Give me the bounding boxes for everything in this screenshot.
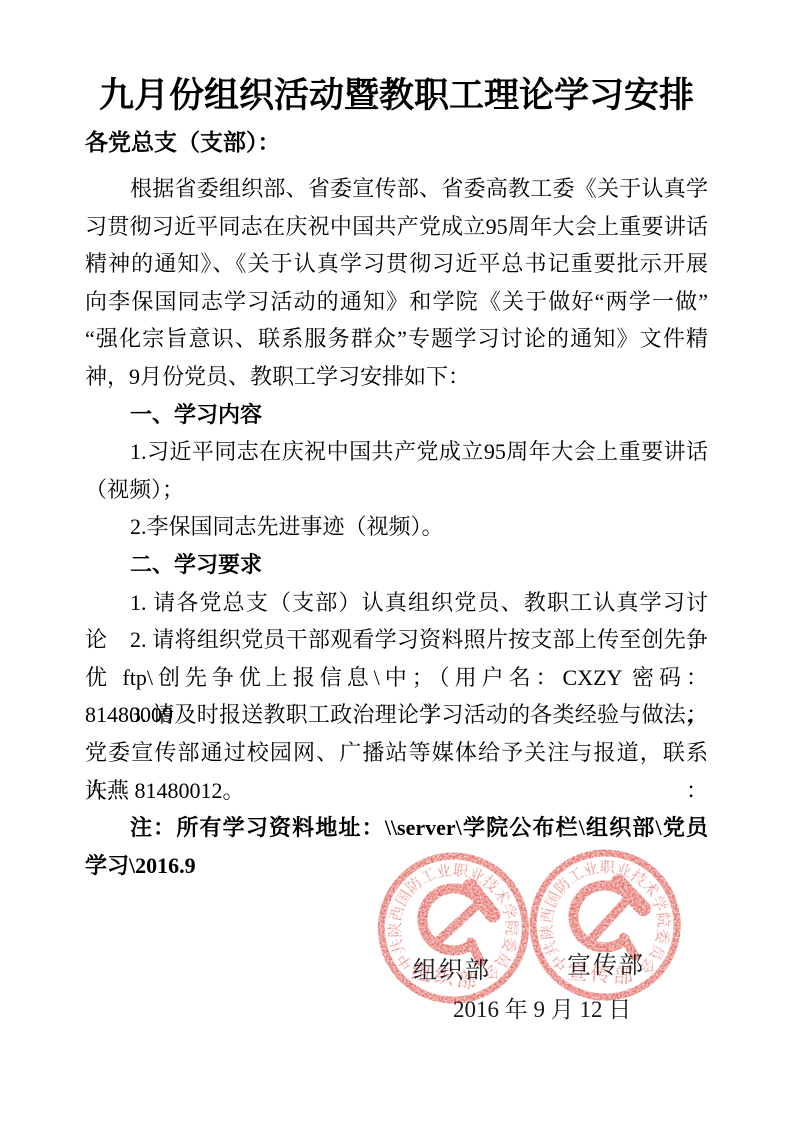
body-line: “强化宗旨意识、联系服务群众”专题学习讨论的通知》文件精	[85, 320, 708, 358]
body-line: 2.李保国同志先进事迹（视频）。	[85, 508, 708, 546]
hammer-sickle-icon	[571, 879, 645, 957]
body-line: 二、学习要求	[85, 546, 708, 584]
body-line: 精神的通知》、《关于认真学习贯彻习近平总书记重要批示开展	[85, 245, 708, 283]
hammer-sickle-icon	[417, 880, 497, 963]
body-line: 党委宣传部通过校园网、广播站等媒体给予关注与报道，联系人：	[85, 734, 708, 772]
document-body: 根据省委组织部、省委宣传部、省委高教工委《关于认真学习贯彻习近平同志在庆祝中国共…	[85, 170, 708, 884]
body-line: 1. 请各党总支（支部）认真组织党员、教职工认真学习讨论；	[85, 584, 708, 622]
body-line: 2. 请将组织党员干部观看学习资料照片按支部上传至创先争	[85, 621, 708, 659]
document-page: 九月份组织活动暨教职工理论学习安排 各党总支（支部）： 根据省委组织部、省委宣传…	[0, 0, 793, 1122]
round-stamp-icon: 中共陕西国防工业职业技术学院委员会 组织部	[362, 837, 545, 1020]
round-stamp-icon: 中共陕西国防工业职业技术学院委员会 宣传部	[520, 840, 691, 1011]
body-line: 向李保国同志学习活动的通知》和学院《关于做好“两学一做”	[85, 283, 708, 321]
salutation: 各党总支（支部）：	[85, 126, 708, 160]
body-line: 习贯彻习近平同志在庆祝中国共产党成立95周年大会上重要讲话	[85, 208, 708, 246]
body-line: 3. 请及时报送教职工政治理论学习活动的各类经验与做法，	[85, 696, 708, 734]
stamp-organization-dept: 中共陕西国防工业职业技术学院委员会 组织部	[361, 837, 545, 1025]
body-line: 根据省委组织部、省委宣传部、省委高教工委《关于认真学	[85, 170, 708, 208]
body-line: 优 ftp\创先争优上报信息\中；（用户名：CXZY 密码：81480009）；	[85, 659, 708, 697]
stamp-department-text: 宣传部	[567, 961, 637, 989]
stamp-propaganda-dept: 中共陕西国防工业职业技术学院委员会 宣传部	[519, 840, 690, 1016]
document-title: 九月份组织活动暨教职工理论学习安排	[0, 68, 793, 118]
body-line: 一、学习内容	[85, 396, 708, 434]
body-line: 1.习近平同志在庆祝中国共产党成立95周年大会上重要讲话	[85, 433, 708, 471]
body-line: 神，9月份党员、教职工学习安排如下：	[85, 358, 708, 396]
body-line: （视频）；	[85, 471, 708, 509]
